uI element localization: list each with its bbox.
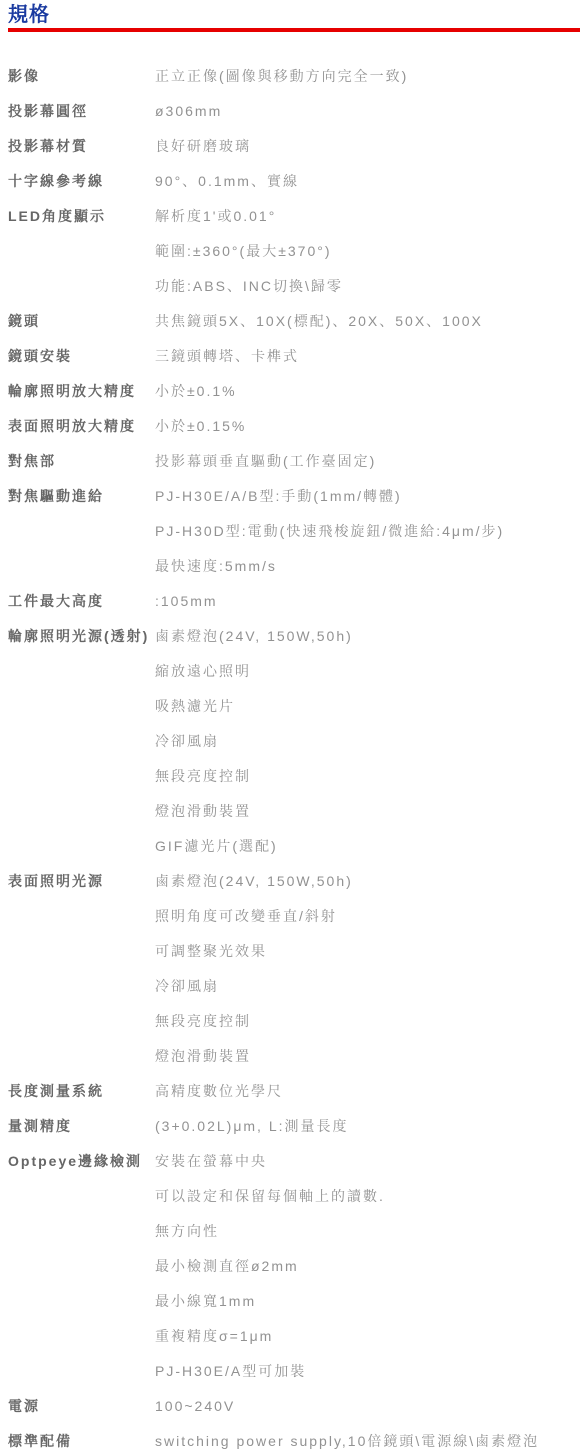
spec-value: 鹵素燈泡(24V, 150W,50h) — [155, 626, 353, 646]
spec-value: 高精度數位光學尺 — [155, 1081, 283, 1101]
spec-label: 對焦驅動進給 — [8, 486, 155, 506]
spec-row: 長度測量系統高精度數位光學尺 — [0, 1073, 583, 1108]
spec-value: 重複精度σ=1μm — [155, 1326, 273, 1346]
spec-row: 十字線參考線90°、0.1mm、實線 — [0, 163, 583, 198]
spec-label: 影像 — [8, 66, 155, 86]
spec-value: 解析度1'或0.01° — [155, 206, 276, 226]
spec-row: 縮放遠心照明 — [0, 653, 583, 688]
spec-row: 投影幕材質良好研磨玻璃 — [0, 128, 583, 163]
spec-row: 冷卻風扇 — [0, 723, 583, 758]
spec-value: switching power supply,10倍鏡頭\電源線\鹵素燈泡 — [155, 1431, 539, 1451]
spec-row: 對焦部投影幕頭垂直驅動(工作臺固定) — [0, 443, 583, 478]
spec-row: 鏡頭共焦鏡頭5X、10X(標配)、20X、50X、100X — [0, 303, 583, 338]
spec-value: 冷卻風扇 — [155, 976, 219, 996]
spec-row: 投影幕圓徑ø306mm — [0, 93, 583, 128]
spec-value: 縮放遠心照明 — [155, 661, 251, 681]
spec-row: 電源100~240V — [0, 1388, 583, 1423]
spec-label: 輪廓照明放大精度 — [8, 381, 155, 401]
spec-row: 最快速度:5mm/s — [0, 548, 583, 583]
spec-row: 工件最大高度:105mm — [0, 583, 583, 618]
spec-label: 表面照明放大精度 — [8, 416, 155, 436]
spec-label: 電源 — [8, 1396, 155, 1416]
spec-value: 小於±0.15% — [155, 416, 246, 436]
spec-row: 燈泡滑動裝置 — [0, 1038, 583, 1073]
page-title: 規格 — [0, 0, 583, 28]
spec-row: 重複精度σ=1μm — [0, 1318, 583, 1353]
spec-value: ø306mm — [155, 103, 222, 119]
spec-value: 照明角度可改變垂直/斜射 — [155, 906, 337, 926]
spec-value: 100~240V — [155, 1398, 235, 1414]
spec-value: 無段亮度控制 — [155, 1011, 251, 1031]
spec-value: 正立正像(圖像與移動方向完全一致) — [155, 66, 408, 86]
spec-row: 可調整聚光效果 — [0, 933, 583, 968]
spec-row: 最小檢測直徑ø2mm — [0, 1248, 583, 1283]
spec-value: GIF濾光片(選配) — [155, 836, 278, 856]
spec-value: PJ-H30E/A/B型:手動(1mm/轉體) — [155, 486, 402, 506]
spec-value: 投影幕頭垂直驅動(工作臺固定) — [155, 451, 376, 471]
spec-value: 燈泡滑動裝置 — [155, 801, 251, 821]
spec-value: 功能:ABS、INC切換\歸零 — [155, 276, 343, 296]
spec-label: 鏡頭 — [8, 311, 155, 331]
spec-value: 最小線寬1mm — [155, 1291, 256, 1311]
spec-label: 表面照明光源 — [8, 871, 155, 891]
spec-row: 範圍:±360°(最大±370°) — [0, 233, 583, 268]
red-divider — [8, 28, 580, 32]
spec-label: 鏡頭安裝 — [8, 346, 155, 366]
spec-row: 標準配備switching power supply,10倍鏡頭\電源線\鹵素燈… — [0, 1423, 583, 1455]
spec-value: 無方向性 — [155, 1221, 219, 1241]
spec-row: 對焦驅動進給PJ-H30E/A/B型:手動(1mm/轉體) — [0, 478, 583, 513]
spec-row: PJ-H30E/A型可加裝 — [0, 1353, 583, 1388]
spec-row: LED角度顯示解析度1'或0.01° — [0, 198, 583, 233]
spec-label: 標準配備 — [8, 1431, 155, 1451]
spec-label: 對焦部 — [8, 451, 155, 471]
spec-row: 表面照明光源鹵素燈泡(24V, 150W,50h) — [0, 863, 583, 898]
spec-row: GIF濾光片(選配) — [0, 828, 583, 863]
spec-row: 無段亮度控制 — [0, 758, 583, 793]
spec-row: 照明角度可改變垂直/斜射 — [0, 898, 583, 933]
spec-value: PJ-H30D型:電動(快速飛梭旋鈕/微進給:4μm/步) — [155, 521, 504, 541]
spec-label: 投影幕材質 — [8, 136, 155, 156]
spec-row: 表面照明放大精度小於±0.15% — [0, 408, 583, 443]
spec-value: 鹵素燈泡(24V, 150W,50h) — [155, 871, 353, 891]
spec-row: 影像正立正像(圖像與移動方向完全一致) — [0, 58, 583, 93]
spec-page: 規格 影像正立正像(圖像與移動方向完全一致) 投影幕圓徑ø306mm 投影幕材質… — [0, 0, 583, 1455]
spec-row: 無段亮度控制 — [0, 1003, 583, 1038]
spec-value: 共焦鏡頭5X、10X(標配)、20X、50X、100X — [155, 311, 483, 331]
spec-row: PJ-H30D型:電動(快速飛梭旋鈕/微進給:4μm/步) — [0, 513, 583, 548]
spec-row: 可以設定和保留每個軸上的讀數. — [0, 1178, 583, 1213]
spec-label: 十字線參考線 — [8, 171, 155, 191]
spec-value: 最小檢測直徑ø2mm — [155, 1256, 299, 1276]
spec-row: 鏡頭安裝三鏡頭轉塔、卡榫式 — [0, 338, 583, 373]
spec-value: PJ-H30E/A型可加裝 — [155, 1361, 306, 1381]
spec-value: (3+0.02L)μm, L:測量長度 — [155, 1116, 349, 1136]
spec-label: 長度測量系統 — [8, 1081, 155, 1101]
spec-value: 範圍:±360°(最大±370°) — [155, 241, 332, 261]
spec-row: 功能:ABS、INC切換\歸零 — [0, 268, 583, 303]
spec-label: 投影幕圓徑 — [8, 101, 155, 121]
spec-row: 量測精度(3+0.02L)μm, L:測量長度 — [0, 1108, 583, 1143]
spec-value: 小於±0.1% — [155, 381, 237, 401]
spec-value: 吸熱濾光片 — [155, 696, 235, 716]
spec-value: 可以設定和保留每個軸上的讀數. — [155, 1186, 385, 1206]
spec-label: Optpeye邊緣檢測 — [8, 1151, 155, 1171]
spec-row: 最小線寬1mm — [0, 1283, 583, 1318]
spec-row: 吸熱濾光片 — [0, 688, 583, 723]
spec-value: 燈泡滑動裝置 — [155, 1046, 251, 1066]
spec-row: 無方向性 — [0, 1213, 583, 1248]
spec-row: 冷卻風扇 — [0, 968, 583, 1003]
spec-label: 量測精度 — [8, 1116, 155, 1136]
spec-value: 最快速度:5mm/s — [155, 556, 277, 576]
spec-label: LED角度顯示 — [8, 206, 155, 226]
spec-value: 無段亮度控制 — [155, 766, 251, 786]
spec-label: 工件最大高度 — [8, 591, 155, 611]
spec-table: 影像正立正像(圖像與移動方向完全一致) 投影幕圓徑ø306mm 投影幕材質良好研… — [0, 58, 583, 1455]
spec-value: 三鏡頭轉塔、卡榫式 — [155, 346, 299, 366]
spec-value: 良好研磨玻璃 — [155, 136, 251, 156]
spec-value: :105mm — [155, 593, 218, 609]
spec-row: 輪廓照明光源(透射)鹵素燈泡(24V, 150W,50h) — [0, 618, 583, 653]
spec-label: 輪廓照明光源(透射) — [8, 626, 155, 646]
spec-row: 燈泡滑動裝置 — [0, 793, 583, 828]
spec-value: 可調整聚光效果 — [155, 941, 267, 961]
spec-row: Optpeye邊緣檢測安裝在螢幕中央 — [0, 1143, 583, 1178]
spec-row: 輪廓照明放大精度小於±0.1% — [0, 373, 583, 408]
spec-value: 冷卻風扇 — [155, 731, 219, 751]
spec-value: 安裝在螢幕中央 — [155, 1151, 267, 1171]
spec-value: 90°、0.1mm、實線 — [155, 171, 299, 191]
